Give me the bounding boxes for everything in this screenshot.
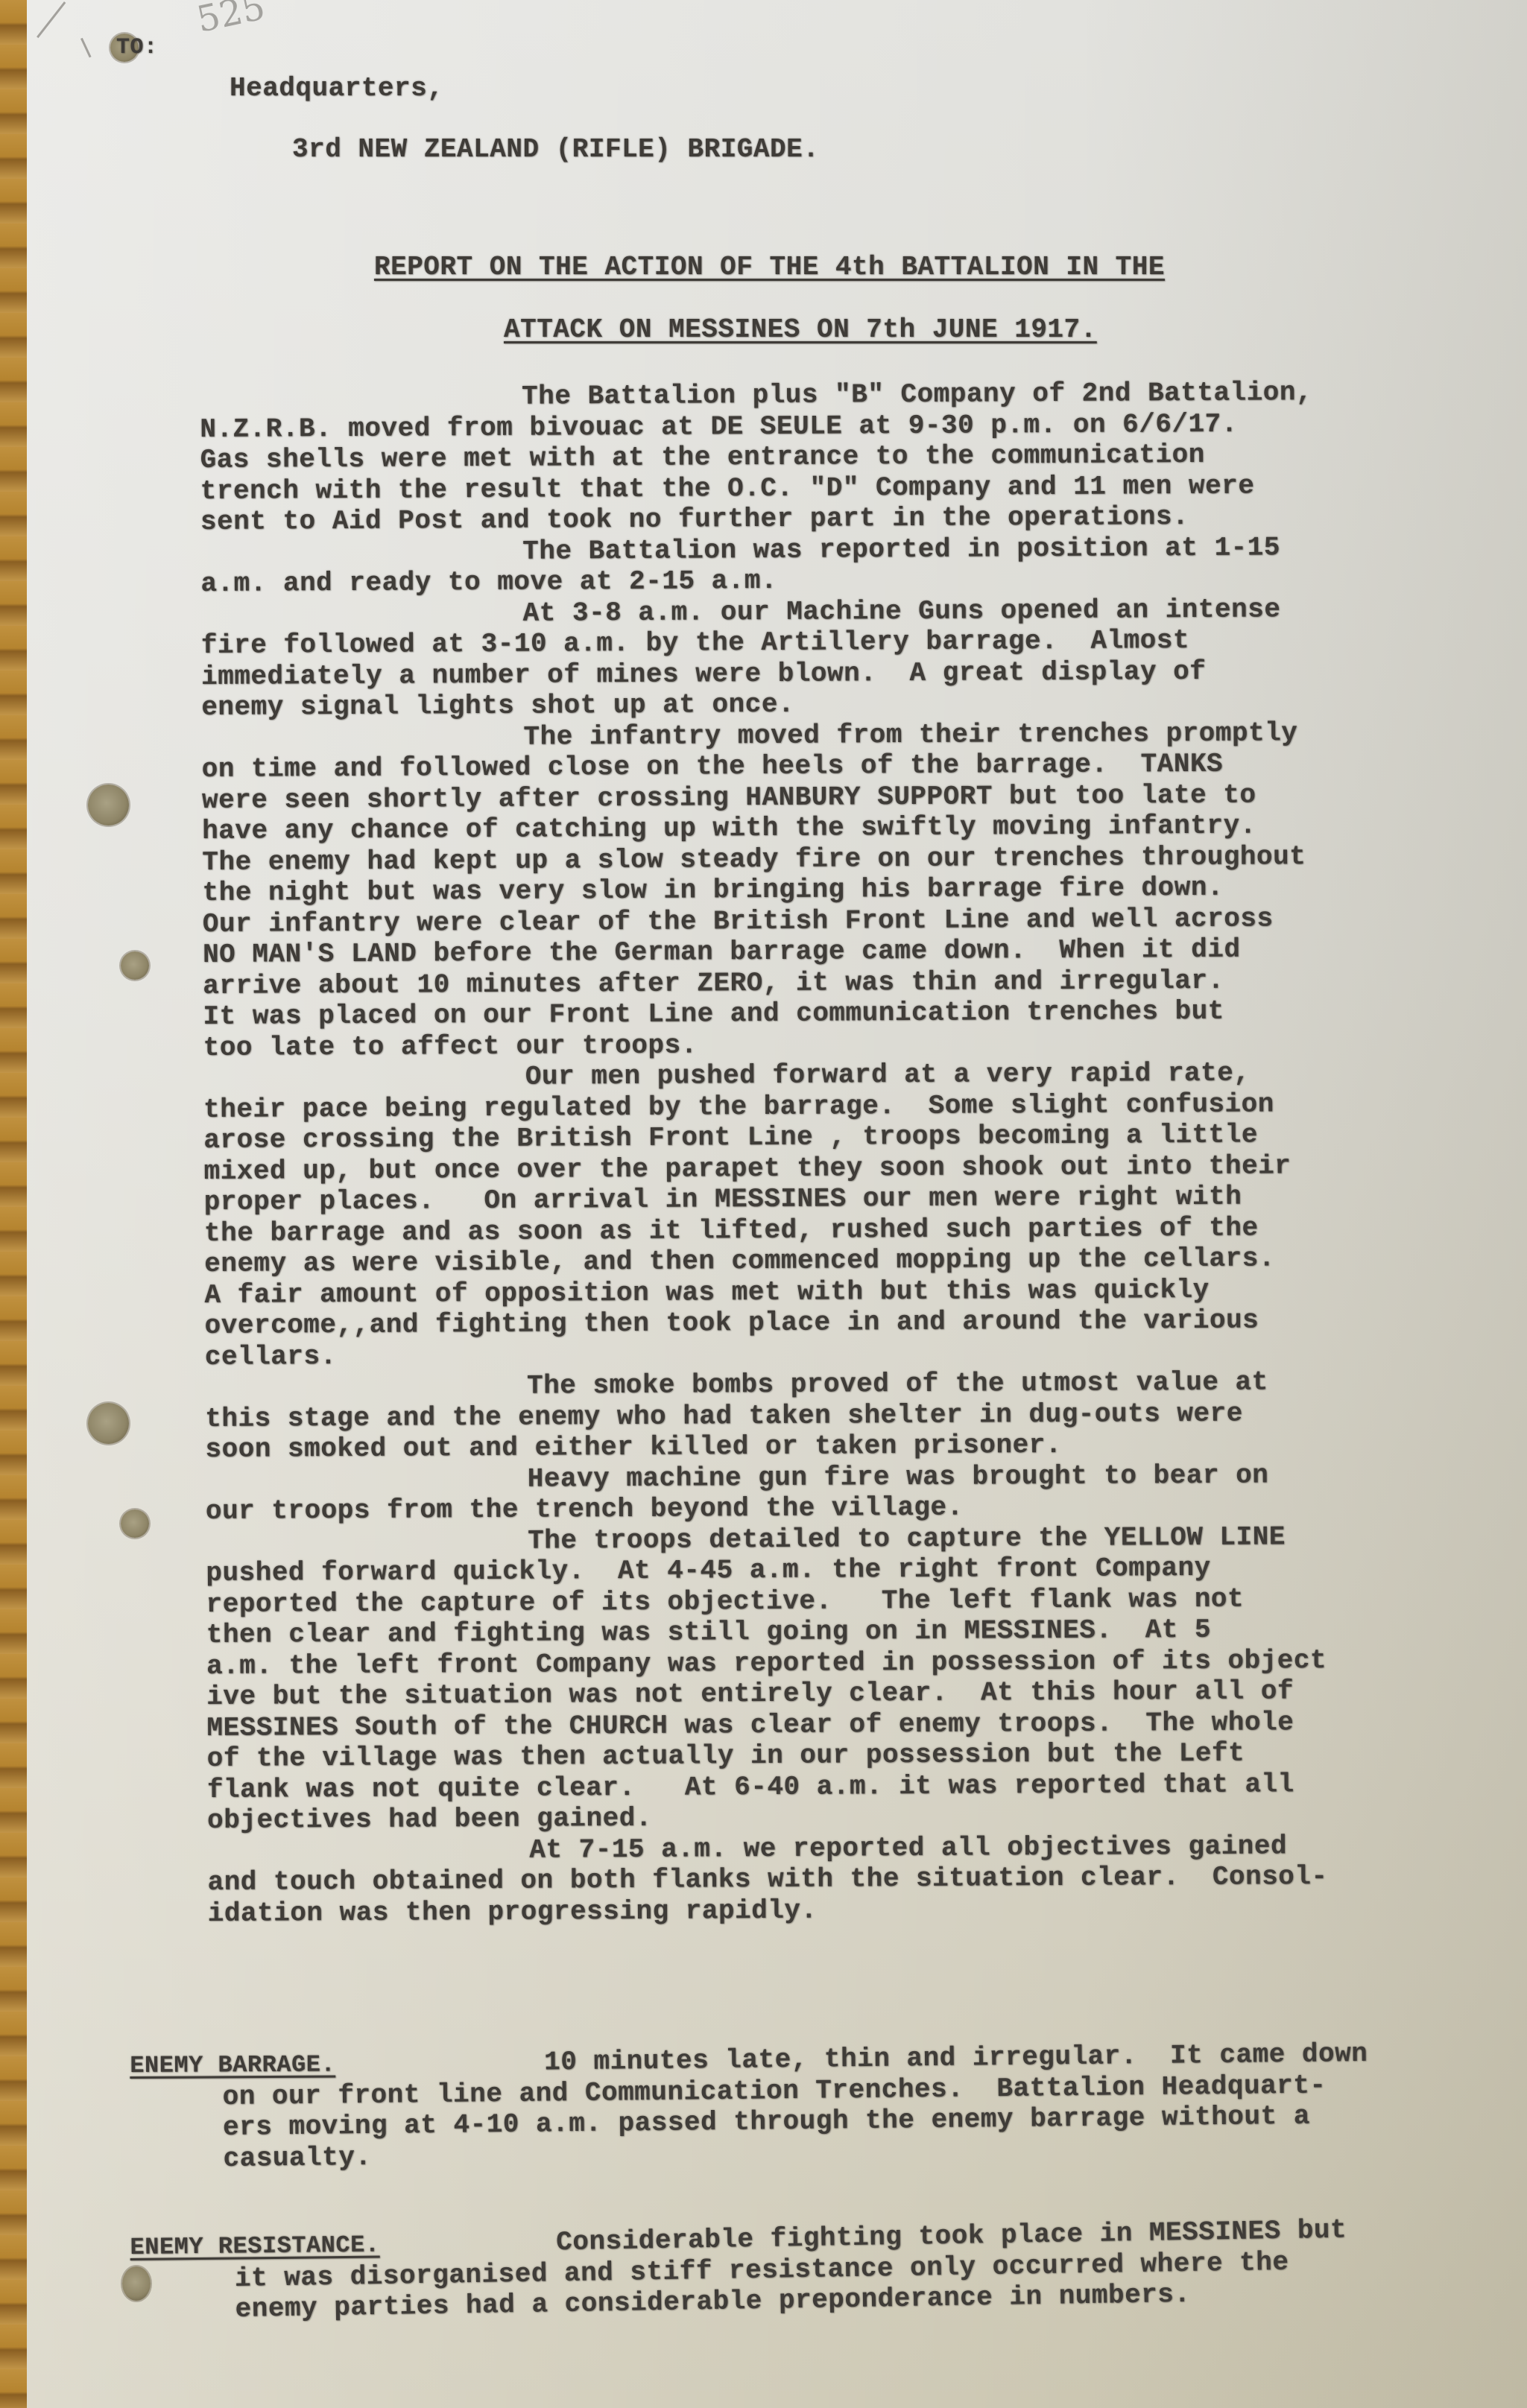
text-line: The Battalion was reported in position a…	[200, 532, 1321, 568]
punch-hole	[88, 785, 129, 826]
text-line: of the village was then actually in our …	[207, 1737, 1327, 1774]
text-line: ive but the situation was not entirely c…	[206, 1676, 1327, 1712]
text-line: It was placed on our Front Line and comm…	[203, 995, 1323, 1032]
text-line: The smoke bombs proved of the utmost val…	[205, 1366, 1325, 1403]
text-line: NO MAN'S LAND before the German barrage …	[203, 934, 1323, 970]
text-line: and touch obtained on both flanks with t…	[207, 1861, 1327, 1898]
title-line-1: REPORT ON THE ACTION OF THE 4th BATTALIO…	[374, 252, 1165, 283]
text-line: then clear and fighting was still going …	[206, 1614, 1327, 1650]
text-line: proper places. On arrival in MESSINES ou…	[204, 1181, 1324, 1217]
text-line: on time and followed close on the heels …	[202, 748, 1322, 785]
section-enemy-barrage-text: 10 minutes late, thin and irregular. It …	[222, 2038, 1369, 2174]
text-line: overcome,,and fighting then took place i…	[205, 1305, 1325, 1341]
punch-hole	[121, 951, 149, 980]
pencil-mark	[37, 1, 66, 38]
document-page: 525 TO: Headquarters, 3rd NEW ZEALAND (R…	[27, 0, 1527, 2408]
text-line: sent to Aid Post and took no further par…	[200, 501, 1321, 537]
text-line: the night but was very slow in bringing …	[202, 872, 1322, 908]
text-line: Heavy machine gun fire was brought to be…	[206, 1460, 1326, 1496]
handwritten-number: 525	[193, 0, 268, 41]
recipient-line-2: 3rd NEW ZEALAND (RIFLE) BRIGADE.	[292, 107, 819, 192]
text-line: idation was then progressing rapidly.	[208, 1892, 1328, 1929]
address-block: TO:	[116, 6, 158, 91]
text-line: Gas shells were met with at the entrance…	[200, 439, 1320, 475]
section-enemy-resistance-text: Considerable fighting took place in MESS…	[234, 2215, 1348, 2325]
text-line: flank was not quite clear. At 6-40 a.m. …	[207, 1769, 1327, 1805]
text-line: fire followed at 3-10 a.m. by the Artill…	[201, 624, 1321, 661]
report-title-line-2: ATTACK ON MESSINES ON 7th JUNE 1917.	[504, 288, 1097, 373]
text-line: enemy as were visible, and then commence…	[204, 1243, 1324, 1279]
punch-hole	[121, 1509, 149, 1538]
wooden-surface	[0, 0, 30, 2408]
text-line: Our men pushed forward at a very rapid r…	[203, 1057, 1324, 1094]
text-line: arose crossing the British Front Line , …	[203, 1119, 1324, 1156]
pencil-mark	[80, 38, 92, 58]
report-body: The Battalion plus "B" Company of 2nd Ba…	[200, 377, 1328, 1929]
text-line: The Battalion plus "B" Company of 2nd Ba…	[200, 377, 1320, 414]
text-line: this stage and the enemy who had taken s…	[205, 1398, 1325, 1434]
punch-hole	[88, 1403, 129, 1444]
text-line: pushed forward quickly. At 4-45 a.m. the…	[206, 1552, 1326, 1588]
text-line: have any chance of catching up with the …	[202, 810, 1322, 846]
text-line: immediately a number of mines were blown…	[201, 656, 1321, 692]
to-label: TO:	[116, 33, 158, 64]
